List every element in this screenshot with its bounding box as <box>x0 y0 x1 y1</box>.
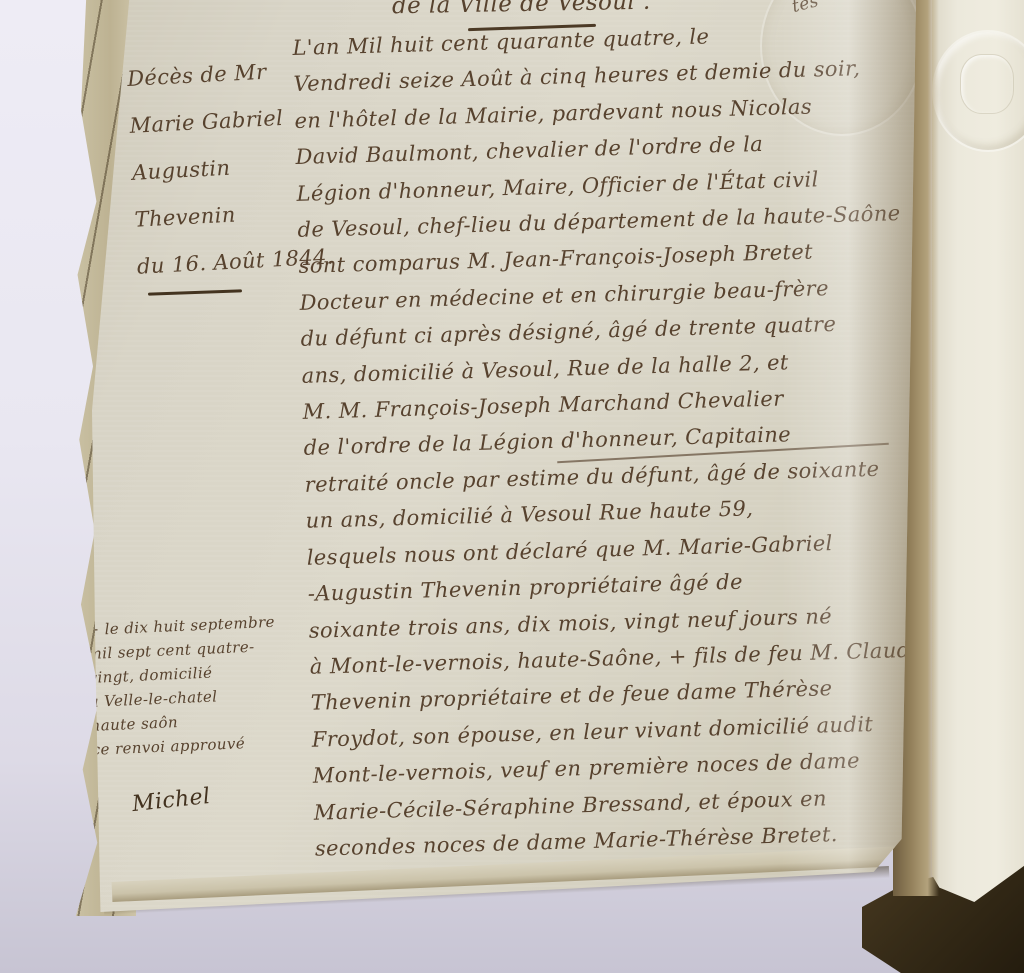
margin-note-rule <box>148 289 242 295</box>
facing-page <box>932 0 1024 902</box>
margin-note-addendum: + le dix huit septembremil sept cent qua… <box>86 610 281 762</box>
page-heading-fragment: de la Ville de Vesoul . <box>392 0 651 19</box>
document-page: de la Ville de Vesoul . tes Décès de MrM… <box>70 0 916 912</box>
signature: Michel <box>131 784 212 817</box>
act-body-text: L'an Mil huit cent quarante quatre, leVe… <box>292 13 929 867</box>
photograph-of-register-page: de la Ville de Vesoul . tes Décès de MrM… <box>0 0 1024 973</box>
embossed-seal-icon <box>932 30 1024 152</box>
